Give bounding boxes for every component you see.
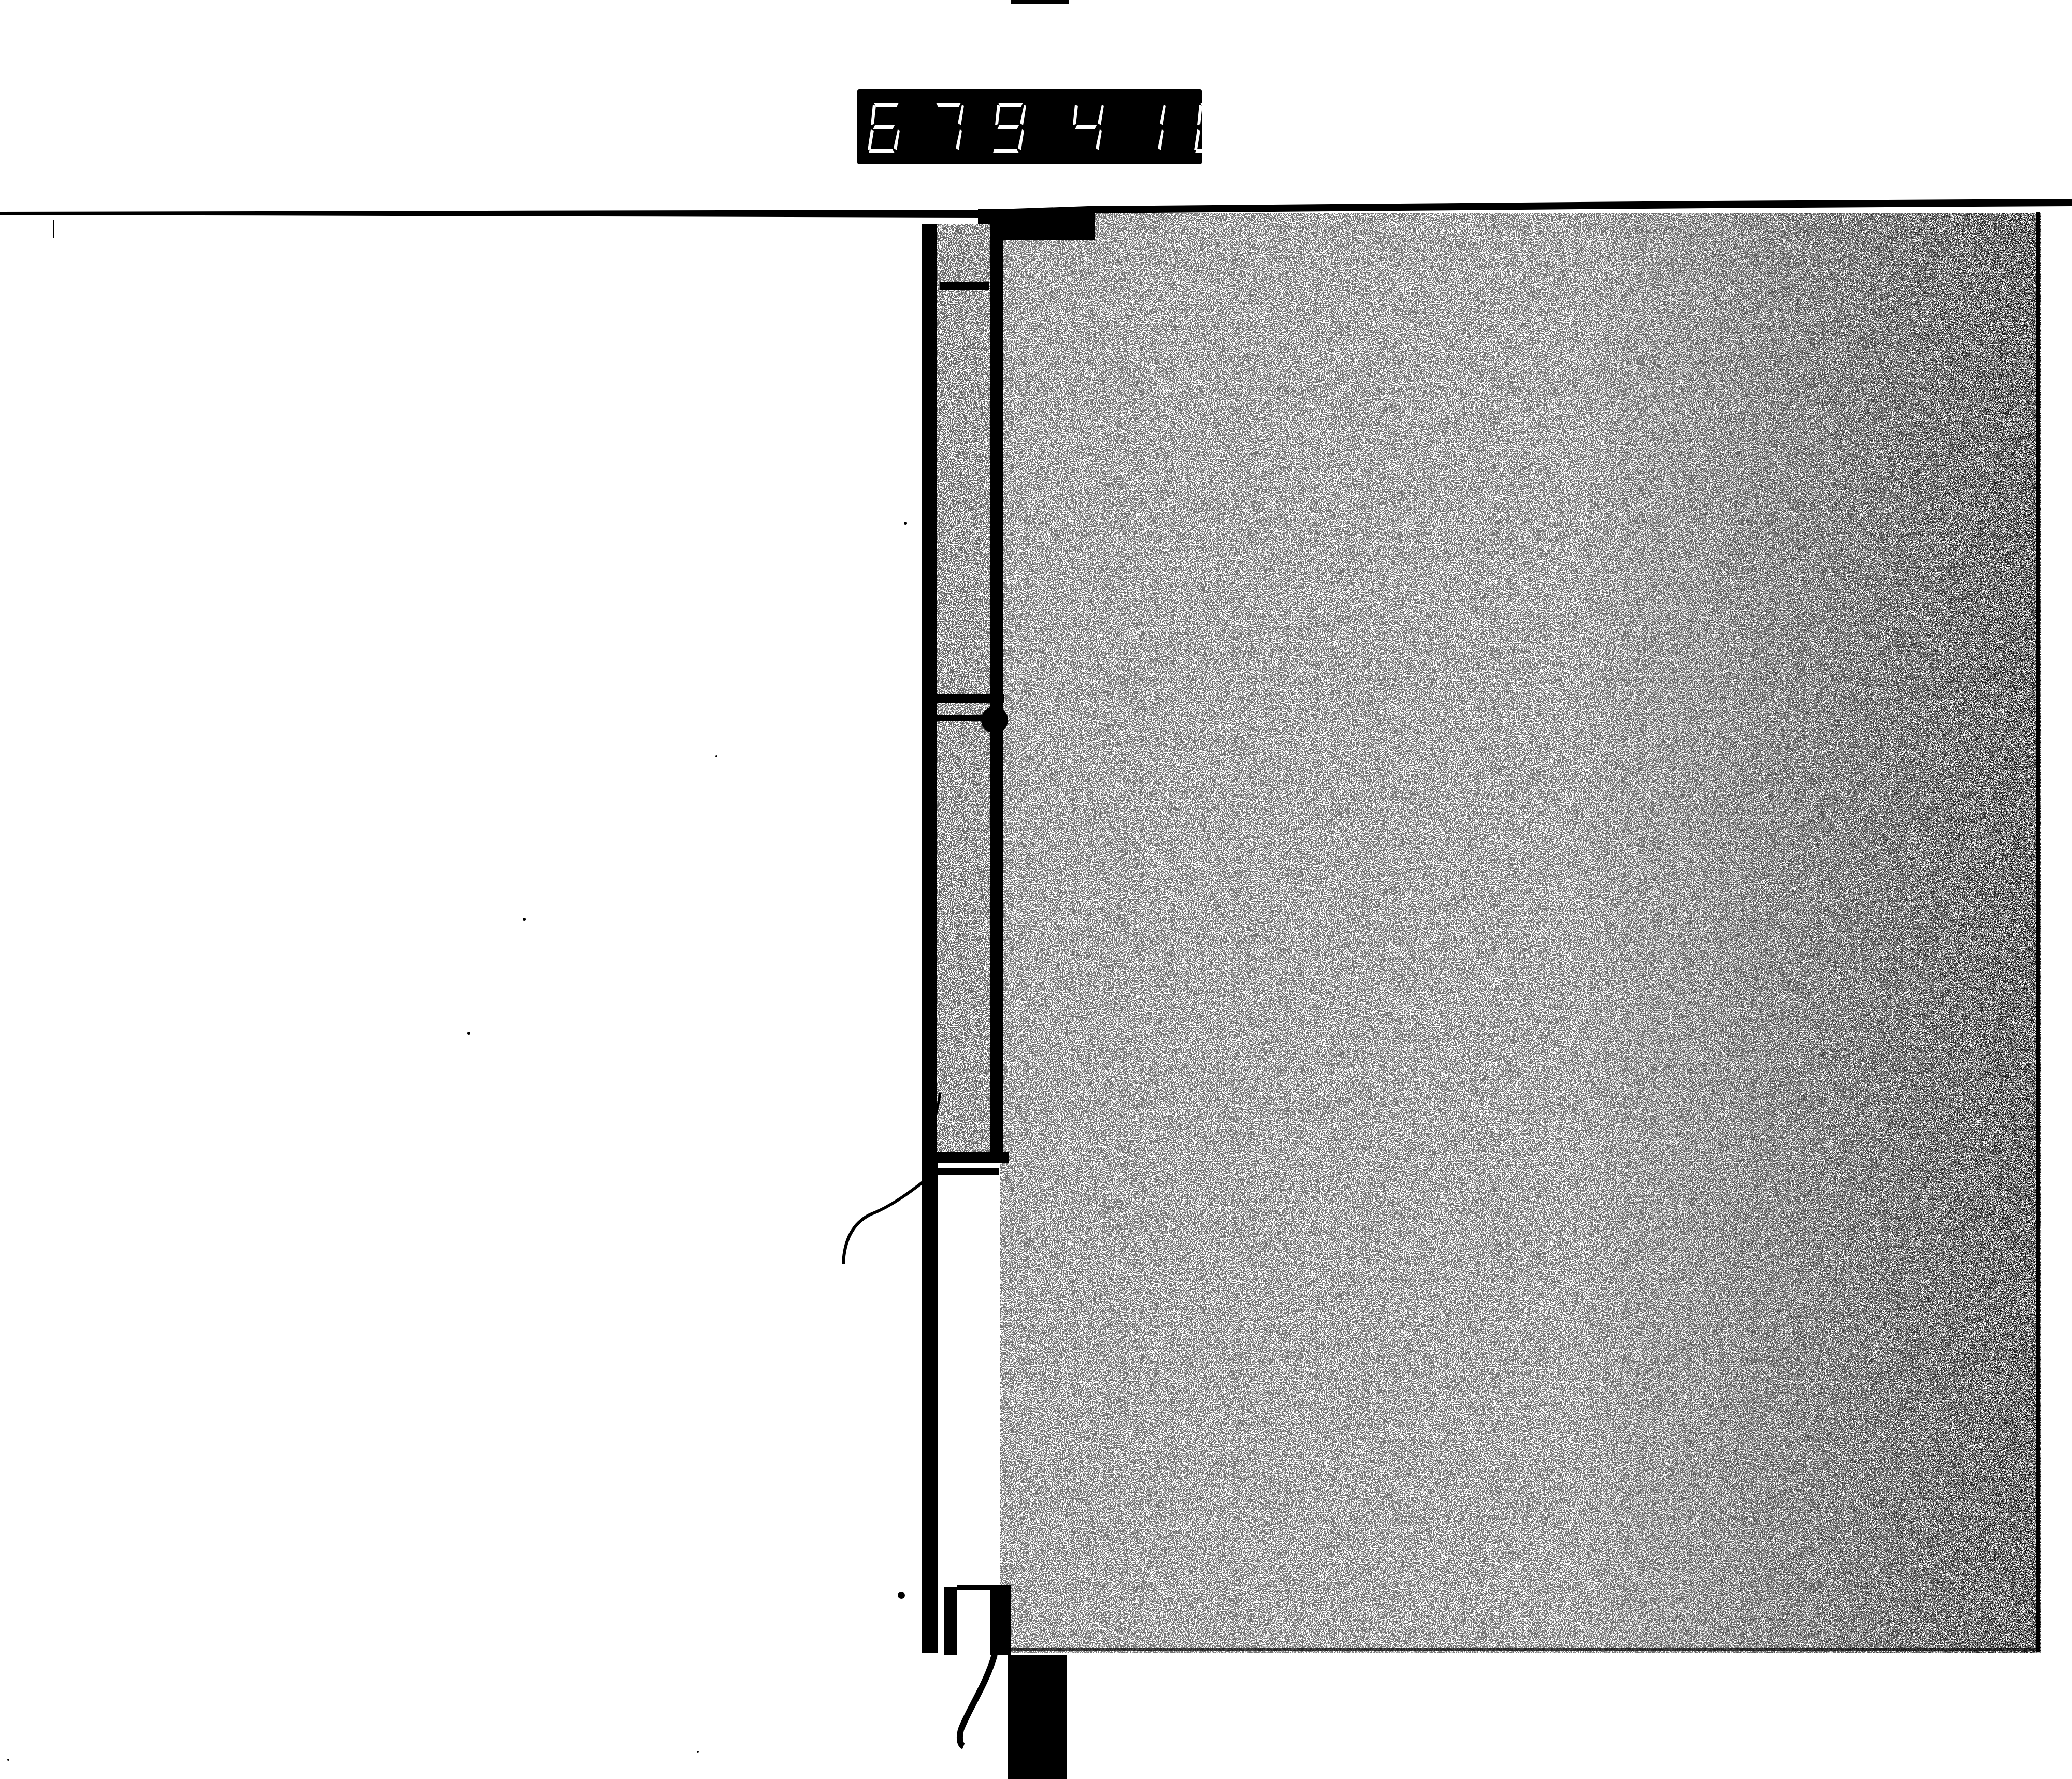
scanned-page (0, 0, 2072, 1779)
binding-thread-5 (937, 1168, 999, 1175)
dust-dot (697, 1751, 699, 1753)
cover-bottom-edge (1000, 1648, 2040, 1651)
film-leader-block (1008, 1655, 1067, 1779)
dust-dot (715, 755, 717, 757)
left-edge-tick (53, 220, 54, 238)
title-slip-right-border (989, 220, 1003, 1163)
cover-right-edge (2036, 212, 2040, 1652)
dust-dot (898, 1592, 905, 1599)
bottom-thread (960, 1655, 995, 1746)
spine-outer-edge (922, 224, 938, 1653)
dust-dot (904, 522, 907, 525)
binding-thread-1 (940, 282, 989, 290)
dust-dot (523, 918, 526, 921)
binding-thread-2 (937, 694, 1004, 703)
book-cover (1000, 212, 2041, 1653)
binding-thread-4 (937, 1152, 1009, 1163)
binding-strip (922, 220, 1011, 1655)
binding-knot (981, 706, 1008, 733)
dust-dot (467, 1032, 470, 1035)
dust-dot (7, 1759, 9, 1761)
